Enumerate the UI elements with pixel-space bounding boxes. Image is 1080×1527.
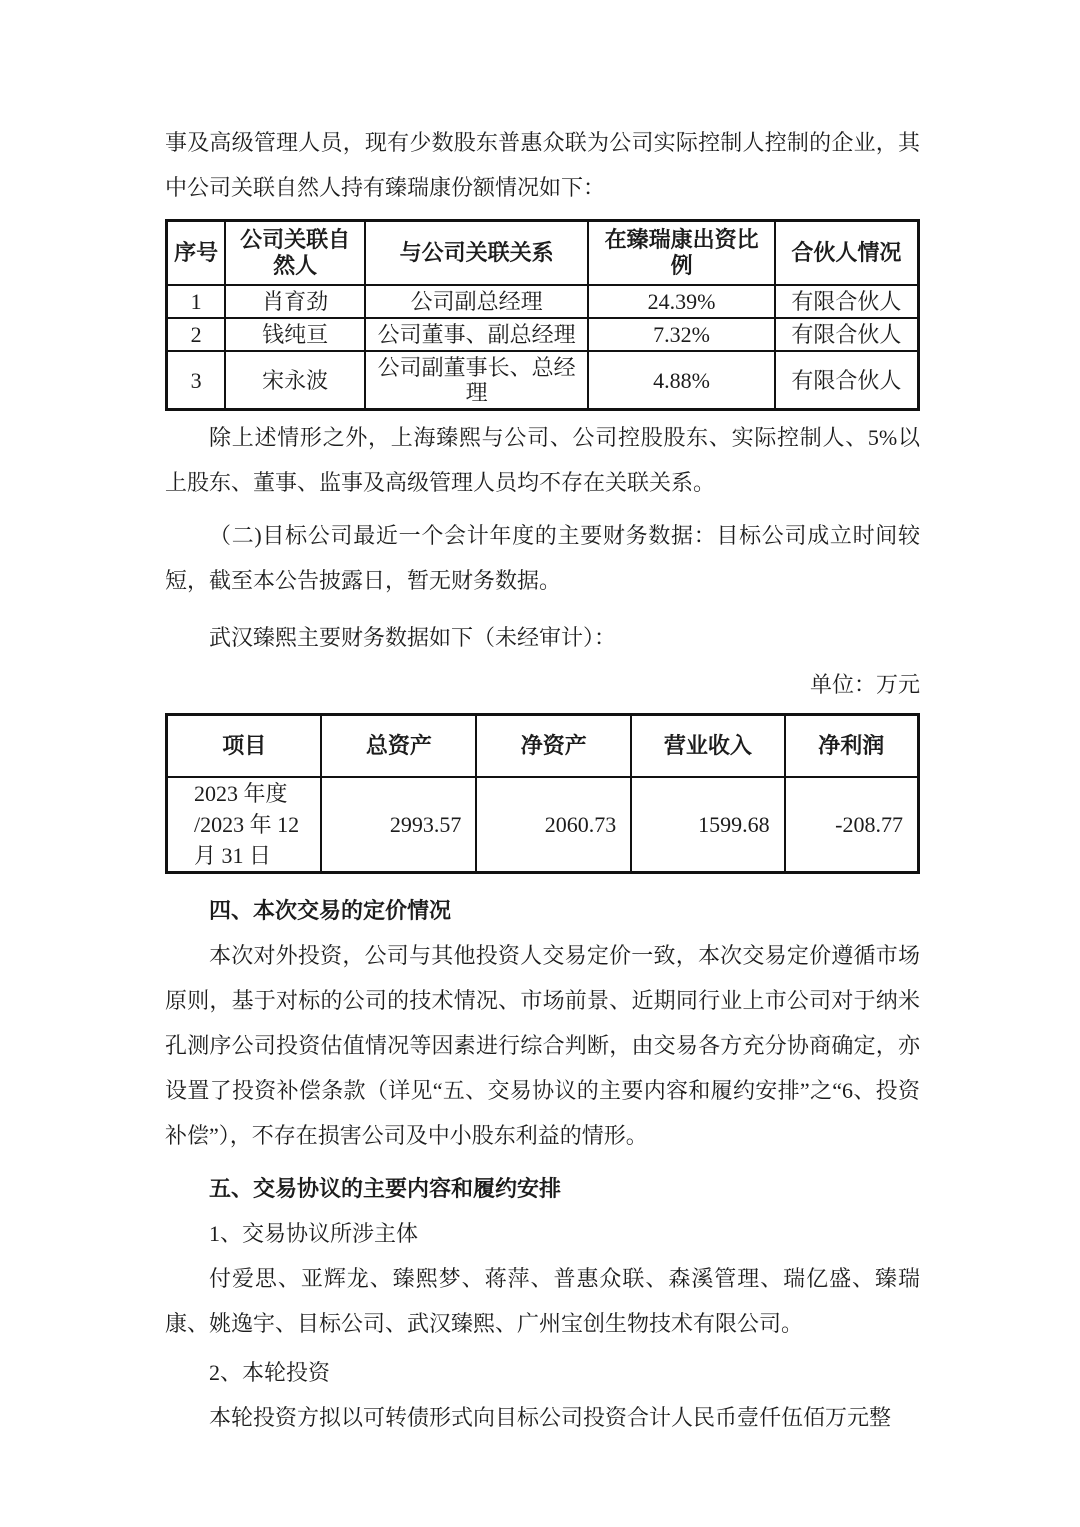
header-cell: 在臻瑞康出资比例 — [588, 221, 774, 286]
table-cell: 1 — [167, 285, 226, 318]
table-cell: 7.32% — [588, 318, 774, 351]
table-cell: 3 — [167, 351, 226, 410]
header-cell: 项目 — [167, 715, 322, 778]
table-cell: 公司副总经理 — [365, 285, 588, 318]
table-cell: 有限合伙人 — [775, 285, 919, 318]
header-row: 序号公司关联自然人与公司关联关系在臻瑞康出资比例合伙人情况 — [167, 221, 919, 286]
table-cell: 肖育劲 — [225, 285, 365, 318]
financial-note-paragraph: （二)目标公司最近一个会计年度的主要财务数据：目标公司成立时间较短，截至本公告披… — [165, 513, 920, 603]
section4-heading: 四、本次交易的定价情况 — [165, 888, 920, 933]
table-cell: 2023 年度 /2023 年 12 月 31 日 — [167, 777, 322, 873]
section5-item2-title: 2、本轮投资 — [165, 1350, 920, 1395]
table-row: 1肖育劲公司副总经理24.39%有限合伙人 — [167, 285, 919, 318]
post-table-paragraph: 除上述情形之外，上海臻熙与公司、公司控股股东、实际控制人、5%以上股东、董事、监… — [165, 415, 920, 505]
header-cell: 公司关联自然人 — [225, 221, 365, 286]
header-cell: 净资产 — [476, 715, 631, 778]
header-row: 项目总资产净资产营业收入净利润 — [167, 715, 919, 778]
related-parties-table: 序号公司关联自然人与公司关联关系在臻瑞康出资比例合伙人情况1肖育劲公司副总经理2… — [165, 219, 920, 411]
table-row: 2钱纯亘公司董事、副总经理7.32%有限合伙人 — [167, 318, 919, 351]
section4-paragraph: 本次对外投资，公司与其他投资人交易定价一致，本次交易定价遵循市场原则，基于对标的… — [165, 933, 920, 1158]
table-cell: 2060.73 — [476, 777, 631, 873]
table-cell: 宋永波 — [225, 351, 365, 410]
table-cell: 公司副董事长、总经理 — [365, 351, 588, 410]
section5-item1-body: 付爱思、亚辉龙、臻熙梦、蒋萍、普惠众联、森溪管理、瑞亿盛、臻瑞康、姚逸宇、目标公… — [165, 1256, 920, 1346]
table-row: 3宋永波公司副董事长、总经理4.88%有限合伙人 — [167, 351, 919, 410]
table-cell: 公司董事、副总经理 — [365, 318, 588, 351]
page-content: 事及高级管理人员，现有少数股东普惠众联为公司实际控制人控制的企业，其中公司关联自… — [165, 0, 920, 1440]
header-cell: 序号 — [167, 221, 226, 286]
header-cell: 净利润 — [785, 715, 919, 778]
financial-data-table: 项目总资产净资产营业收入净利润2023 年度 /2023 年 12 月 31 日… — [165, 713, 920, 874]
table-cell: -208.77 — [785, 777, 919, 873]
section5-heading: 五、交易协议的主要内容和履约安排 — [165, 1166, 920, 1211]
table-cell: 钱纯亘 — [225, 318, 365, 351]
unit-label: 单位：万元 — [165, 662, 920, 707]
header-cell: 营业收入 — [631, 715, 784, 778]
table-cell: 1599.68 — [631, 777, 784, 873]
table-cell: 有限合伙人 — [775, 318, 919, 351]
table-cell: 2 — [167, 318, 226, 351]
announcement-page: 事及高级管理人员，现有少数股东普惠众联为公司实际控制人控制的企业，其中公司关联自… — [0, 0, 1080, 1527]
table-row: 2023 年度 /2023 年 12 月 31 日2993.572060.731… — [167, 777, 919, 873]
table-cell: 2993.57 — [321, 777, 476, 873]
wuhan-financials-paragraph: 武汉臻熙主要财务数据如下（未经审计）： — [165, 615, 920, 660]
section5-item2-body: 本轮投资方拟以可转债形式向目标公司投资合计人民币壹仟伍佰万元整 — [165, 1395, 920, 1440]
table-cell: 24.39% — [588, 285, 774, 318]
header-cell: 合伙人情况 — [775, 221, 919, 286]
table-cell: 4.88% — [588, 351, 774, 410]
section5-item1-title: 1、交易协议所涉主体 — [165, 1211, 920, 1256]
continuation-paragraph: 事及高级管理人员，现有少数股东普惠众联为公司实际控制人控制的企业，其中公司关联自… — [165, 120, 920, 210]
header-cell: 与公司关联关系 — [365, 221, 588, 286]
header-cell: 总资产 — [321, 715, 476, 778]
table-cell: 有限合伙人 — [775, 351, 919, 410]
